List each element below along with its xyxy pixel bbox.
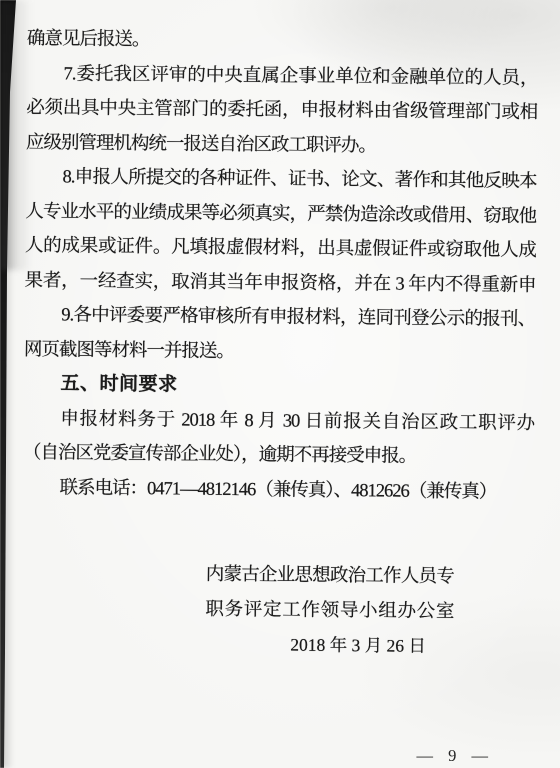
text-line: （自治区党委宣传部企业处），逾期不再接受申报。	[23, 436, 534, 475]
text-line: 应级别管理机构统一报送自治区政工职评办。	[26, 125, 537, 164]
contact-phone-line: 联系电话：0471—4812146（兼传真）、4812626（兼传真）	[22, 470, 533, 509]
text-line: 必须出具中央主管部门的委托函，申报材料由省级管理部门或相	[26, 91, 537, 130]
text-line: 确意见后报送。	[27, 22, 538, 61]
signature-org-line: 职务评定工作领导小组办公室	[205, 592, 453, 629]
signature-date: 2018 年 3 月 26 日	[205, 627, 453, 664]
text-line: 网页截图等材料一并报送。	[24, 332, 535, 371]
page-number: — 9 —	[417, 746, 491, 766]
text-line: 人专业水平的业绩成果等必须真实，严禁伪造涂改或借用、窃取他	[25, 194, 536, 233]
text-line: 果者，一经查实，取消其当年申报资格，并在 3 年内不得重新申报。	[24, 263, 535, 302]
text-line: 9.各中评委要严格审核所有申报材料，连同刊登公示的报刊、	[24, 298, 535, 337]
text-line: 人的成果或证件。凡填报虚假材料，出具虚假证件或窃取他人成	[25, 229, 536, 268]
page-skew-wrapper: 确意见后报送。 7.委托我区评审的中央直属企事业单位和金融单位的人员， 必须出具…	[0, 0, 560, 768]
signature-org-line: 内蒙古企业思想政治工作人员专业	[206, 558, 454, 595]
text-line: 7.委托我区评审的中央直属企事业单位和金融单位的人员，	[26, 56, 537, 95]
scanned-document-page: 确意见后报送。 7.委托我区评审的中央直属企事业单位和金融单位的人员， 必须出具…	[0, 0, 560, 768]
text-line: 申报材料务于 2018 年 8 月 30 日前报关自治区政工职评办	[23, 401, 534, 440]
signature-block: 内蒙古企业思想政治工作人员专业 职务评定工作领导小组办公室 2018 年 3 月…	[205, 558, 454, 664]
section-heading: 五、时间要求	[23, 367, 534, 406]
text-line: 8.申报人所提交的各种证件、证书、论文、著作和其他反映本	[25, 160, 536, 199]
document-body: 确意见后报送。 7.委托我区评审的中央直属企事业单位和金融单位的人员， 必须出具…	[22, 22, 538, 510]
